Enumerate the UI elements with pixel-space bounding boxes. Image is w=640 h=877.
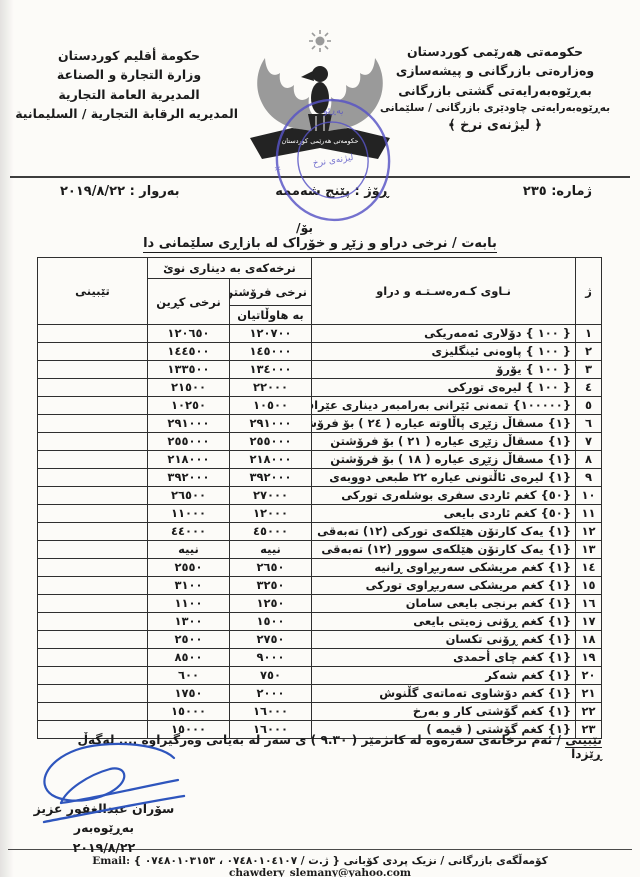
table-no-cell: ٢١ <box>576 685 602 703</box>
table-no-cell: ١٢ <box>576 523 602 541</box>
table-name-cell: {١٠٠٠٠٠} تمەنی ئێرانی بەرامبەر دیناری عێ… <box>312 397 576 415</box>
table-note-cell <box>37 343 147 361</box>
table-name-cell: {١} مسقاڵ زێڕی عیارە ( ٢١ ) بۆ فرۆشتن <box>312 433 576 451</box>
table-note-cell <box>37 325 147 343</box>
table-sell-cell: ١٤٥٠٠٠ <box>230 343 312 361</box>
table-no-cell: ١٣ <box>576 541 602 559</box>
table-sell-cell: ١٢٥٠ <box>230 595 312 613</box>
table-row: ٢٠{١} کغم شەکر٧٥٠٦٠٠ <box>37 667 601 685</box>
table-name-cell: {١} لیرەی ئاڵتونی عیارە ٢٢ طبعی دووبەی <box>312 469 576 487</box>
table-name-cell: {١} کغم مریشکی سەربڕاوی تورکی <box>312 577 576 595</box>
table-name-cell: { ١٠٠ } دۆلاری ئەمەریکی <box>312 325 576 343</box>
table-name-cell: {١} کغم مریشکی سەربڕاوی ڕانیە <box>312 559 576 577</box>
table-no-cell: ٣ <box>576 361 602 379</box>
table-buy-cell: ١١٠٠ <box>147 595 229 613</box>
table-name-cell: {١} کغم گۆشتی کار و بەرخ <box>312 703 576 721</box>
table-note-cell <box>37 577 147 595</box>
table-sell-cell: ١٢٠٧٠٠ <box>230 325 312 343</box>
header-divider <box>10 176 630 178</box>
table-buy-cell: ١٣٣٥٠٠ <box>147 361 229 379</box>
table-row: ٥{١٠٠٠٠٠} تمەنی ئێرانی بەرامبەر دیناری ع… <box>37 397 601 415</box>
header-line: المديريه الرقابة التجارية / السليمانية <box>20 104 238 123</box>
table-note-cell <box>37 649 147 667</box>
table-buy-cell: ١٢٠٦٥٠ <box>147 325 229 343</box>
table-sell-cell: ١٠٥٠٠ <box>230 397 312 415</box>
header-line: وەزارەتی بازرگانی و پیشەسازی <box>376 61 614 80</box>
table-sell-cell: ٣٢٥٠ <box>230 577 312 595</box>
table-name-cell: {١} کغم چای أحمدی <box>312 649 576 667</box>
header-line: بەڕێوەبەرایەتی چاودێری بازرگانی / سلێمان… <box>376 100 614 116</box>
table-no-cell: ١٧ <box>576 613 602 631</box>
table-row: ٢{ ١٠٠ } پاوەنی ئینگلیزی١٤٥٠٠٠١٤٤٥٠٠ <box>37 343 601 361</box>
table-buy-cell: ٢٩١٠٠٠ <box>147 415 229 433</box>
table-row: ١٤{١} کغم مریشکی سەربڕاوی ڕانیە٢٦٥٠٢٥٥٠ <box>37 559 601 577</box>
table-row: ١٩{١} کغم چای أحمدی٩٠٠٠٨٥٠٠ <box>37 649 601 667</box>
document-day: ڕۆژ : پێنج شەممە <box>252 184 412 199</box>
table-row: ٣{ ١٠٠ } یۆرۆ١٣٤٠٠٠١٣٣٥٠٠ <box>37 361 601 379</box>
table-buy-cell: ١١٠٠٠ <box>147 505 229 523</box>
document-title: بابەت / نرخی دراو و زێڕ و خۆراک لە بازاڕ… <box>0 236 640 251</box>
signature-date: ٢٠١٩/٨/٢٢ <box>28 838 180 857</box>
addressee-label: بۆ/ <box>296 220 313 235</box>
table-name-cell: {٥٠} کغم ئاردی بایعی <box>312 505 576 523</box>
table-row: ١٨{١} کغم ڕۆنی تکسان٢٧٥٠٢٥٠٠ <box>37 631 601 649</box>
kurdistan-emblem-icon: حکومەتی هەرێمی کوردستان <box>232 26 408 178</box>
table-sell-cell: ٢٠٠٠ <box>230 685 312 703</box>
table-sell-cell: ٢٩١٠٠٠ <box>230 415 312 433</box>
table-row: ١٧{١} کغم ڕۆنی زەیتی بایعی١٥٠٠١٣٠٠ <box>37 613 601 631</box>
table-name-cell: {١} کغم دۆشاوی تەماتەی گڵنوش <box>312 685 576 703</box>
col-header-note: تێبینی <box>37 258 147 325</box>
table-row: ١٦{١} کغم برنجی بایعی سامان١٢٥٠١١٠٠ <box>37 595 601 613</box>
table-no-cell: ٧ <box>576 433 602 451</box>
table-name-cell: { ١٠٠ } لیرەی تورکی <box>312 379 576 397</box>
table-name-cell: {٥٠} کغم ئاردی سفری بوشلەری تورکی <box>312 487 576 505</box>
table-sell-cell: ٢٧٠٠٠ <box>230 487 312 505</box>
header-line: حكومة أقليم كوردستان <box>20 46 238 65</box>
footnote-label: تێبینی <box>565 733 602 748</box>
price-table: ژ نـاوی کـەرەسـتـە و دراو نرخەکەی بە دین… <box>37 257 602 739</box>
price-table-header: ژ نـاوی کـەرەسـتـە و دراو نرخەکەی بە دین… <box>37 258 601 325</box>
table-name-cell: { ١٠٠ } پاوەنی ئینگلیزی <box>312 343 576 361</box>
table-buy-cell: ٢٥٠٠ <box>147 631 229 649</box>
table-note-cell <box>37 361 147 379</box>
table-note-cell <box>37 433 147 451</box>
table-note-cell <box>37 613 147 631</box>
table-note-cell <box>37 685 147 703</box>
col-header-price-group: نرخەکەی بە دیناری نوێ <box>147 258 311 279</box>
table-name-cell: {١} کغم برنجی بایعی سامان <box>312 595 576 613</box>
header-line: المديرية العامة التجارية <box>20 85 238 104</box>
price-table-body: ١{ ١٠٠ } دۆلاری ئەمەریکی١٢٠٧٠٠١٢٠٦٥٠٢{ ١… <box>37 325 601 739</box>
table-row: ١٣{١} یەک کارتۆن هێلکەی سوور (١٢) تەبەقی… <box>37 541 601 559</box>
table-buy-cell: ٢١٨٠٠٠ <box>147 451 229 469</box>
table-buy-cell: ١٥٠٠٠ <box>147 703 229 721</box>
table-row: ٤{ ١٠٠ } لیرەی تورکی٢٢٠٠٠٢١٥٠٠ <box>37 379 601 397</box>
table-no-cell: ٤ <box>576 379 602 397</box>
table-name-cell: {١} مسقاڵ زێڕی عیارە ( ١٨ ) بۆ فرۆشتن <box>312 451 576 469</box>
table-note-cell <box>37 397 147 415</box>
table-row: ١٥{١} کغم مریشکی سەربڕاوی تورکی٣٢٥٠٣١٠٠ <box>37 577 601 595</box>
table-buy-cell: ٦٠٠ <box>147 667 229 685</box>
header-kurdish-block: حکومەتی هەرێمی کوردستان وەزارەتی بازرگان… <box>376 42 614 137</box>
table-sell-cell: ٢٧٥٠ <box>230 631 312 649</box>
table-sell-cell: ٣٩٢٠٠٠ <box>230 469 312 487</box>
table-buy-cell: ٢٥٥٠٠٠ <box>147 433 229 451</box>
table-buy-cell: ١٤٤٥٠٠ <box>147 343 229 361</box>
table-name-cell: {١} کغم ڕۆنی تکسان <box>312 631 576 649</box>
table-note-cell <box>37 415 147 433</box>
table-buy-cell: ٢٥٥٠ <box>147 559 229 577</box>
emblem-ribbon-text: حکومەتی هەرێمی کوردستان <box>282 137 359 145</box>
table-note-cell <box>37 541 147 559</box>
table-no-cell: ١٨ <box>576 631 602 649</box>
table-buy-cell: ١٧٥٠ <box>147 685 229 703</box>
table-name-cell: {١} کغم شەکر <box>312 667 576 685</box>
table-note-cell <box>37 379 147 397</box>
table-sell-cell: ١٥٠٠ <box>230 613 312 631</box>
document-meta-row: ژماره: ٢٣٥ ڕۆژ : پێنج شەممە بەروار : ٢٠١… <box>0 184 640 204</box>
header-arabic-block: حكومة أقليم كوردستان وزارة التجارة و الص… <box>20 46 238 124</box>
table-buy-cell: ٤٤٠٠٠ <box>147 523 229 541</box>
table-sell-cell: نییە <box>230 541 312 559</box>
table-note-cell <box>37 523 147 541</box>
email-address: chawdery_slemany@yahoo.com <box>229 867 411 877</box>
header-line: وزارة التجارة و الصناعة <box>20 65 238 84</box>
col-header-no: ژ <box>576 258 602 325</box>
table-note-cell <box>37 451 147 469</box>
table-note-cell <box>37 469 147 487</box>
table-no-cell: ٩ <box>576 469 602 487</box>
contact-place: كۆمەڵگەی بازرگانی / نزیک پردی کۆبانی <box>344 855 548 867</box>
table-no-cell: ١٤ <box>576 559 602 577</box>
table-buy-cell: ٣١٠٠ <box>147 577 229 595</box>
table-note-cell <box>37 667 147 685</box>
table-no-cell: ٢٠ <box>576 667 602 685</box>
table-sell-cell: ١٢٠٠٠ <box>230 505 312 523</box>
table-row: ٧{١} مسقاڵ زێڕی عیارە ( ٢١ ) بۆ فرۆشتن٢٥… <box>37 433 601 451</box>
table-note-cell <box>37 505 147 523</box>
table-no-cell: ٢ <box>576 343 602 361</box>
table-buy-cell: ٢٦٥٠٠ <box>147 487 229 505</box>
table-no-cell: ١ <box>576 325 602 343</box>
table-row: ٢١{١} کغم دۆشاوی تەماتەی گڵنوش٢٠٠٠١٧٥٠ <box>37 685 601 703</box>
table-row: ١{ ١٠٠ } دۆلاری ئەمەریکی١٢٠٧٠٠١٢٠٦٥٠ <box>37 325 601 343</box>
table-no-cell: ٢٢ <box>576 703 602 721</box>
table-no-cell: ١١ <box>576 505 602 523</box>
table-sell-cell: ٢٢٠٠٠ <box>230 379 312 397</box>
table-name-cell: {١} یەک کارتۆن هێلکەی تورکی (١٢) تەبەقی <box>312 523 576 541</box>
table-sell-cell: ٤٥٠٠٠ <box>230 523 312 541</box>
table-buy-cell: ٣٩٢٠٠٠ <box>147 469 229 487</box>
table-row: ٢٢{١} کغم گۆشتی کار و بەرخ١٦٠٠٠١٥٠٠٠ <box>37 703 601 721</box>
table-name-cell: {١} کغم ڕۆنی زەیتی بایعی <box>312 613 576 631</box>
table-buy-cell: ٨٥٠٠ <box>147 649 229 667</box>
scanned-document-page: حکومەتی هەرێمی کوردستان وەزارەتی بازرگان… <box>0 0 640 877</box>
document-number: ژماره: ٢٣٥ <box>523 184 592 199</box>
table-buy-cell: ١٣٠٠ <box>147 613 229 631</box>
table-note-cell <box>37 559 147 577</box>
table-note-cell <box>37 595 147 613</box>
table-no-cell: ٥ <box>576 397 602 415</box>
table-no-cell: ١٦ <box>576 595 602 613</box>
col-header-sell-sub: بە هاوڵاتیان <box>230 306 312 325</box>
table-sell-cell: ٩٠٠٠ <box>230 649 312 667</box>
table-no-cell: ٦ <box>576 415 602 433</box>
table-row: ١١{٥٠} کغم ئاردی بایعی١٢٠٠٠١١٠٠٠ <box>37 505 601 523</box>
table-name-cell: { ١٠٠ } یۆرۆ <box>312 361 576 379</box>
handwritten-signature <box>26 738 206 838</box>
col-header-name: نـاوی کـەرەسـتـە و دراو <box>312 258 576 325</box>
col-header-buy: نرخی کڕین <box>147 279 229 325</box>
table-row: ٦{١} مسقاڵ زێڕی پاڵاوتە عیارە ( ٢٤ ) بۆ … <box>37 415 601 433</box>
table-row: ٨{١} مسقاڵ زێڕی عیارە ( ١٨ ) بۆ فرۆشتن٢١… <box>37 451 601 469</box>
header-line: بەڕێوەبەرایەتی گشتی بازرگانی <box>376 81 614 100</box>
document-date: بەروار : ٢٠١٩/٨/٢٢ <box>60 184 180 199</box>
table-sell-cell: ١٣٤٠٠٠ <box>230 361 312 379</box>
table-name-cell: {١} مسقاڵ زێڕی پاڵاوتە عیارە ( ٢٤ ) بۆ ف… <box>312 415 576 433</box>
table-note-cell <box>37 487 147 505</box>
table-sell-cell: ٢٥٥٠٠٠ <box>230 433 312 451</box>
table-sell-cell: ٧٥٠ <box>230 667 312 685</box>
table-sell-cell: ١٦٠٠٠ <box>230 703 312 721</box>
contact-footer: كۆمەڵگەی بازرگانی / نزیک پردی کۆبانی { ژ… <box>0 855 640 877</box>
col-header-sell: نرخی فرۆشتن <box>230 279 312 306</box>
table-buy-cell: ١٠٢٥٠ <box>147 397 229 415</box>
table-sell-cell: ٢٦٥٠ <box>230 559 312 577</box>
table-sell-cell: ٢١٨٠٠٠ <box>230 451 312 469</box>
header-line: حکومەتی هەرێمی کوردستان <box>376 42 614 61</box>
table-buy-cell: نییە <box>147 541 229 559</box>
table-row: ١٢{١} یەک کارتۆن هێلکەی تورکی (١٢) تەبەق… <box>37 523 601 541</box>
table-note-cell <box>37 703 147 721</box>
table-no-cell: ١٠ <box>576 487 602 505</box>
table-no-cell: ١٥ <box>576 577 602 595</box>
table-no-cell: ١٩ <box>576 649 602 667</box>
table-row: ٩{١} لیرەی ئاڵتونی عیارە ٢٢ طبعی دووبەی٣… <box>37 469 601 487</box>
price-committee-label: ﴿ لیژنەی نرخ ﴾ <box>376 116 614 136</box>
table-row: ١٠{٥٠} کغم ئاردی سفری بوشلەری تورکی٢٧٠٠٠… <box>37 487 601 505</box>
table-buy-cell: ٢١٥٠٠ <box>147 379 229 397</box>
table-name-cell: {١} یەک کارتۆن هێلکەی سوور (١٢) تەبەقی <box>312 541 576 559</box>
table-no-cell: ٨ <box>576 451 602 469</box>
table-note-cell <box>37 631 147 649</box>
